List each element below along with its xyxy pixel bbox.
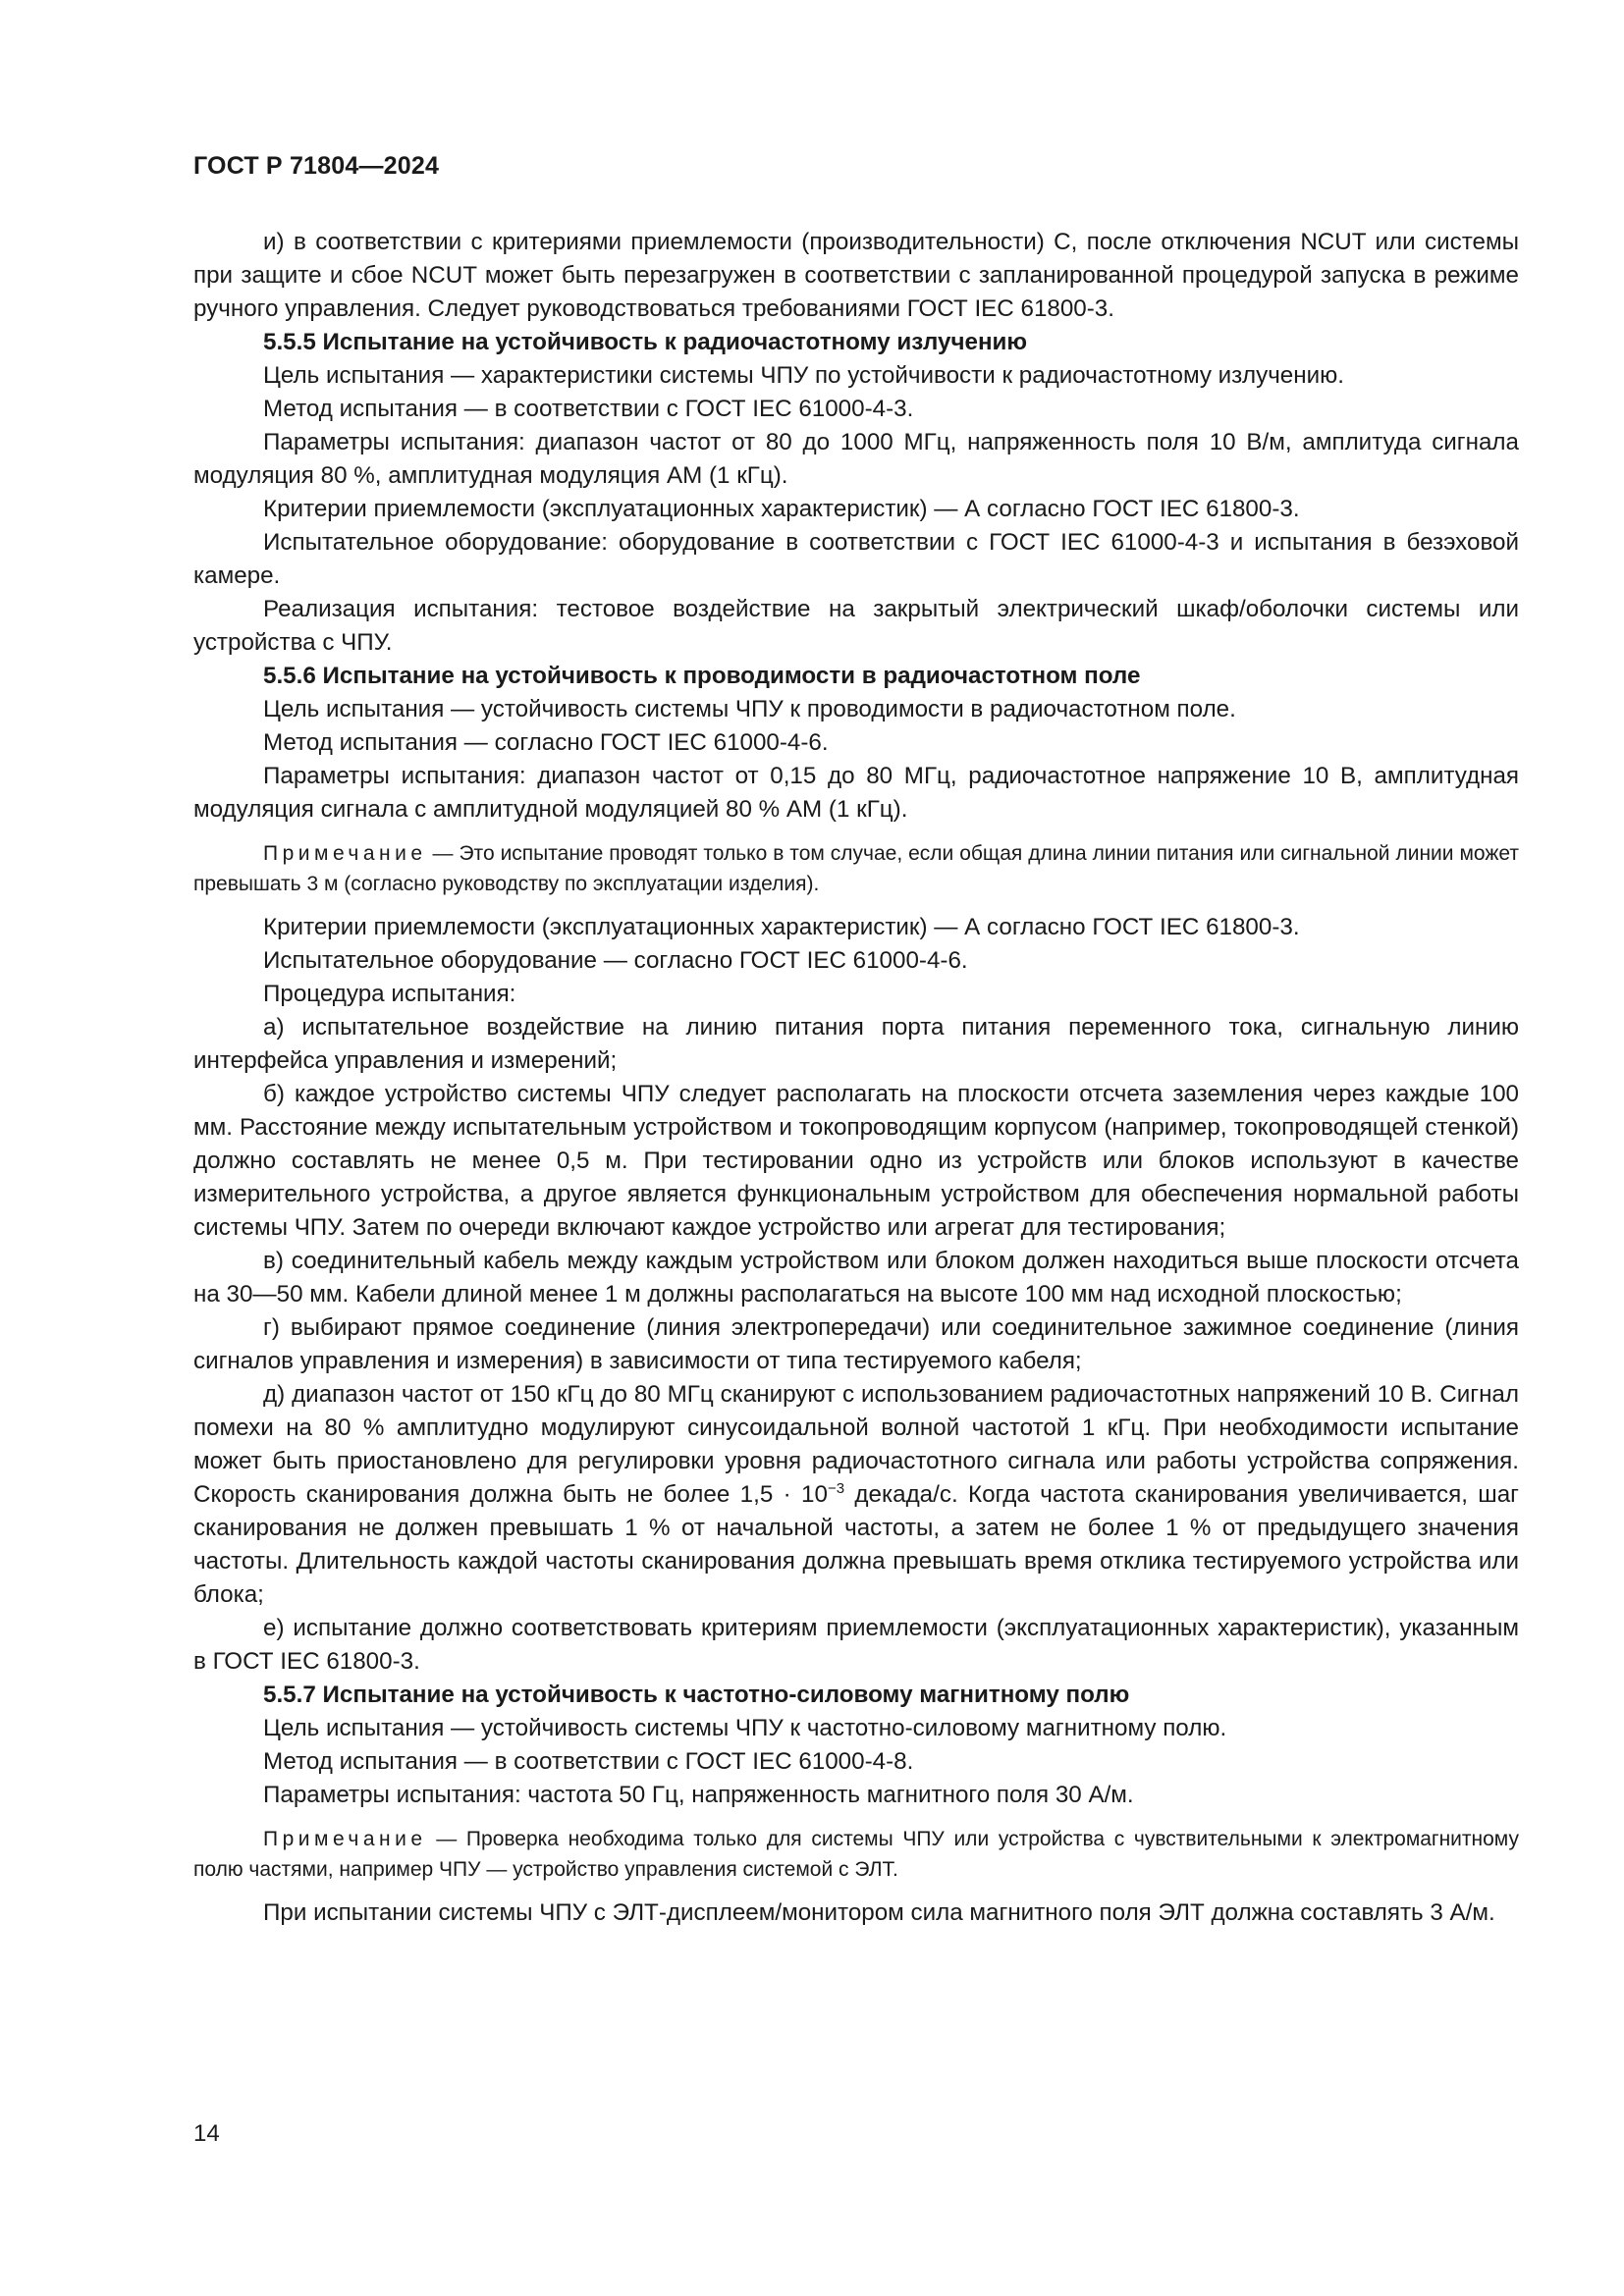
list-item-e: е) испытание должно соответствовать крит… xyxy=(193,1612,1519,1679)
paragraph-goal: Цель испытания — характеристики системы … xyxy=(193,359,1519,393)
paragraph-goal: Цель испытания — устойчивость системы ЧП… xyxy=(193,1712,1519,1745)
paragraph-crt: При испытании системы ЧПУ с ЭЛТ-дисплеем… xyxy=(193,1896,1519,1930)
section-heading-5-5-7: 5.5.7 Испытание на устойчивость к частот… xyxy=(193,1679,1519,1712)
list-item-b: б) каждое устройство системы ЧПУ следует… xyxy=(193,1078,1519,1245)
paragraph-implementation: Реализация испытания: тестовое воздейств… xyxy=(193,593,1519,660)
list-item-a: а) испытательное воздействие на линию пи… xyxy=(193,1011,1519,1078)
section-heading-5-5-6: 5.5.6 Испытание на устойчивость к провод… xyxy=(193,660,1519,693)
list-item-d: д) диапазон частот от 150 кГц до 80 МГц … xyxy=(193,1378,1519,1612)
list-item-g: г) выбирают прямое соединение (линия эле… xyxy=(193,1311,1519,1378)
paragraph-equipment: Испытательное оборудование: оборудование… xyxy=(193,526,1519,593)
document-body: и) в соответствии с критериями приемлемо… xyxy=(193,226,1519,1930)
paragraph-criteria: Критерии приемлемости (эксплуатационных … xyxy=(193,493,1519,526)
paragraph-params: Параметры испытания: диапазон частот от … xyxy=(193,760,1519,827)
paragraph-params: Параметры испытания: частота 50 Гц, напр… xyxy=(193,1779,1519,1812)
paragraph-criteria: Критерии приемлемости (эксплуатационных … xyxy=(193,911,1519,944)
paragraph-goal: Цель испытания — устойчивость системы ЧП… xyxy=(193,693,1519,726)
paragraph-method: Метод испытания — в соответствии с ГОСТ … xyxy=(193,1745,1519,1779)
document-header: ГОСТ Р 71804—2024 xyxy=(193,152,439,181)
paragraph-params: Параметры испытания: диапазон частот от … xyxy=(193,426,1519,493)
item-i: и) в соответствии с критериями приемлемо… xyxy=(193,226,1519,326)
paragraph-procedure-title: Процедура испытания: xyxy=(193,978,1519,1011)
paragraph-method: Метод испытания — согласно ГОСТ IEC 6100… xyxy=(193,726,1519,760)
paragraph-method: Метод испытания — в соответствии с ГОСТ … xyxy=(193,393,1519,426)
exponent: −3 xyxy=(828,1480,844,1497)
note-label: Примечание xyxy=(263,1828,427,1850)
section-heading-5-5-5: 5.5.5 Испытание на устойчивость к радиоч… xyxy=(193,326,1519,359)
document-page: ГОСТ Р 71804—2024 и) в соответствии с кр… xyxy=(0,0,1624,2296)
note-label: Примечание xyxy=(263,842,427,865)
note: Примечание — Это испытание проводят толь… xyxy=(193,838,1519,899)
note: Примечание — Проверка необходима только … xyxy=(193,1824,1519,1885)
list-item-v: в) соединительный кабель между каждым ус… xyxy=(193,1245,1519,1311)
page-number: 14 xyxy=(193,2120,220,2148)
paragraph-equipment: Испытательное оборудование — согласно ГО… xyxy=(193,944,1519,978)
